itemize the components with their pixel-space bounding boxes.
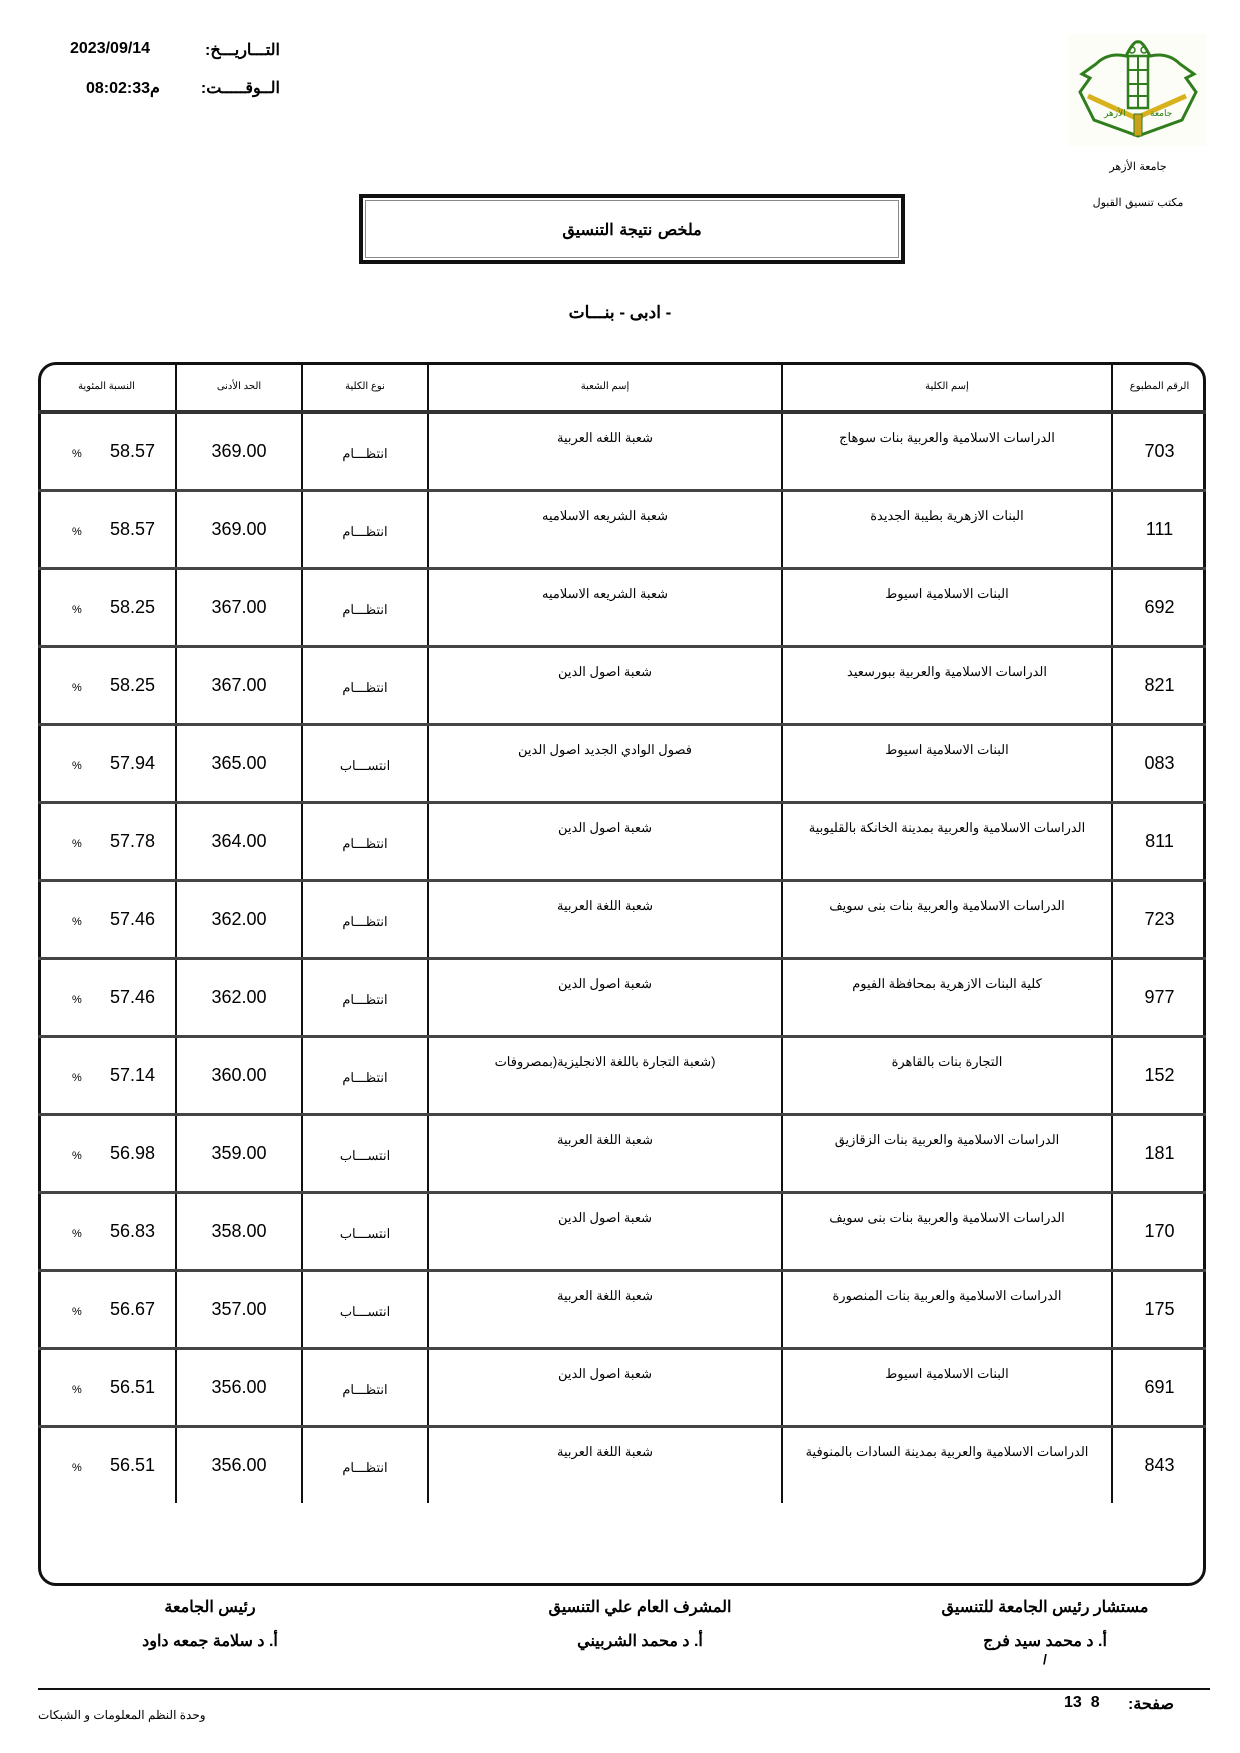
college-type: انتظـــام <box>303 992 427 1008</box>
cell-code: 703 <box>1112 412 1206 491</box>
code-value: 175 <box>1113 1299 1206 1320</box>
division-name: شعبة الشريعه الاسلاميه <box>429 506 781 526</box>
code-value: 692 <box>1113 597 1206 618</box>
signature-mark: / <box>880 1651 1210 1667</box>
cell-college: التجارة بنات بالقاهرة <box>782 1037 1112 1115</box>
min-score-value: 356.00 <box>177 1455 301 1476</box>
cell-division: شعبة اصول الدين <box>428 1349 782 1427</box>
cell-min-score: 362.00 <box>176 959 302 1037</box>
code-value: 181 <box>1113 1143 1206 1164</box>
table-row: 703الدراسات الاسلامية والعربية بنات سوها… <box>38 412 1206 491</box>
code-value: 083 <box>1113 753 1206 774</box>
percentage-value: 57.14 <box>110 1065 155 1086</box>
cell-min-score: 369.00 <box>176 412 302 491</box>
cell-code: 691 <box>1112 1349 1206 1427</box>
percent-symbol: % <box>72 682 82 694</box>
cell-type: انتظـــام <box>302 881 428 959</box>
time-label: الــوقـــــت: <box>201 78 280 98</box>
min-score-value: 359.00 <box>177 1143 301 1164</box>
office-name: مكتب تنسيق القبول <box>1038 196 1238 209</box>
table-row: 175الدراسات الاسلامية والعربية بنات المن… <box>38 1271 1206 1349</box>
percent-symbol: % <box>72 760 82 772</box>
min-score-value: 365.00 <box>177 753 301 774</box>
cell-division: شعبة الشريعه الاسلاميه <box>428 569 782 647</box>
college-type: انتســـاب <box>303 1148 427 1164</box>
cell-percentage: %57.14 <box>38 1037 176 1115</box>
cell-college: الدراسات الاسلامية والعربية بنات بنى سوي… <box>782 1193 1112 1271</box>
cell-percentage: %58.57 <box>38 412 176 491</box>
date-label: التـــاريـــخ: <box>205 40 280 60</box>
college-name: الدراسات الاسلامية والعربية بمدينة الخان… <box>783 818 1111 838</box>
cell-division: شعبة الشريعه الاسلاميه <box>428 491 782 569</box>
cell-college: الدراسات الاسلامية والعربية بنات المنصور… <box>782 1271 1112 1349</box>
division-name: شعبة الشريعه الاسلاميه <box>429 584 781 604</box>
table-row: 691البنات الاسلامية اسيوطشعبة اصول الدين… <box>38 1349 1206 1427</box>
svg-text:الأزهر: الأزهر <box>1103 107 1126 119</box>
percent-symbol: % <box>72 1306 82 1318</box>
percentage-value: 58.25 <box>110 675 155 696</box>
code-value: 152 <box>1113 1065 1206 1086</box>
col-header-college: إسم الكلية <box>782 362 1112 412</box>
cell-min-score: 357.00 <box>176 1271 302 1349</box>
cell-type: انتظـــام <box>302 803 428 881</box>
cell-min-score: 369.00 <box>176 491 302 569</box>
percentage-value: 57.46 <box>110 909 155 930</box>
division-name: شعبة اصول الدين <box>429 818 781 838</box>
division-name: شعبة اصول الدين <box>429 662 781 682</box>
code-value: 691 <box>1113 1377 1206 1398</box>
cell-min-score: 358.00 <box>176 1193 302 1271</box>
signature-role: رئيس الجامعة <box>100 1597 320 1617</box>
cell-code: 175 <box>1112 1271 1206 1349</box>
percent-symbol: % <box>72 994 82 1006</box>
cell-division: فصول الوادي الجديد اصول الدين <box>428 725 782 803</box>
table-row: 977كلية البنات الازهرية بمحافظة الفيومشع… <box>38 959 1206 1037</box>
code-value: 703 <box>1113 441 1206 462</box>
cell-percentage: %56.51 <box>38 1427 176 1504</box>
col-header-min-score: الحد الأدنى <box>176 362 302 412</box>
cell-min-score: 362.00 <box>176 881 302 959</box>
cell-division: شعبة اصول الدين <box>428 959 782 1037</box>
cell-type: انتظـــام <box>302 491 428 569</box>
time-value: 08:02:33م <box>86 78 160 98</box>
cell-type: انتظـــام <box>302 647 428 725</box>
signature-name: أ. د محمد سيد فرج <box>880 1631 1210 1651</box>
cell-type: انتســـاب <box>302 1115 428 1193</box>
cell-college: الدراسات الاسلامية والعربية بمدينة الخان… <box>782 803 1112 881</box>
cell-percentage: %57.46 <box>38 959 176 1037</box>
cell-percentage: %56.98 <box>38 1115 176 1193</box>
cell-type: انتظـــام <box>302 1349 428 1427</box>
percentage-value: 56.51 <box>110 1455 155 1476</box>
college-name: كلية البنات الازهرية بمحافظة الفيوم <box>783 974 1111 994</box>
cell-code: 821 <box>1112 647 1206 725</box>
date-value: 2023/09/14 <box>70 40 150 58</box>
signature-general-supervisor: المشرف العام علي التنسيق أ. د محمد الشرب… <box>480 1597 800 1651</box>
cell-min-score: 364.00 <box>176 803 302 881</box>
cell-min-score: 367.00 <box>176 569 302 647</box>
code-value: 111 <box>1113 519 1206 540</box>
percent-symbol: % <box>72 1150 82 1162</box>
min-score-value: 356.00 <box>177 1377 301 1398</box>
cell-percentage: %56.51 <box>38 1349 176 1427</box>
cell-college: الدراسات الاسلامية والعربية بمدينة الساد… <box>782 1427 1112 1504</box>
cell-min-score: 367.00 <box>176 647 302 725</box>
min-score-value: 367.00 <box>177 675 301 696</box>
cell-college: كلية البنات الازهرية بمحافظة الفيوم <box>782 959 1112 1037</box>
page-current: 8 <box>1091 1694 1100 1711</box>
code-value: 821 <box>1113 675 1206 696</box>
table-row: 811الدراسات الاسلامية والعربية بمدينة ال… <box>38 803 1206 881</box>
college-type: انتظـــام <box>303 446 427 462</box>
college-name: الدراسات الاسلامية والعربية بنات بنى سوي… <box>783 896 1111 916</box>
cell-college: البنات الاسلامية اسيوط <box>782 569 1112 647</box>
cell-code: 811 <box>1112 803 1206 881</box>
cell-college: الدراسات الاسلامية والعربية ببورسعيد <box>782 647 1112 725</box>
college-type: انتســـاب <box>303 1226 427 1242</box>
cell-type: انتظـــام <box>302 1037 428 1115</box>
min-score-value: 360.00 <box>177 1065 301 1086</box>
college-name: الدراسات الاسلامية والعربية بنات المنصور… <box>783 1286 1111 1306</box>
cell-type: انتظـــام <box>302 1427 428 1504</box>
division-name: شعبة اللغة العربية <box>429 896 781 916</box>
cell-code: 181 <box>1112 1115 1206 1193</box>
code-value: 977 <box>1113 987 1206 1008</box>
college-name: البنات الاسلامية اسيوط <box>783 740 1111 760</box>
code-value: 843 <box>1113 1455 1206 1476</box>
table-row: 083البنات الاسلامية اسيوطفصول الوادي الج… <box>38 725 1206 803</box>
col-header-code: الرقم المطبوع <box>1112 362 1206 412</box>
college-name: الدراسات الاسلامية والعربية بنات الزقازي… <box>783 1130 1111 1150</box>
cell-division: شعبة اصول الدين <box>428 803 782 881</box>
college-name: البنات الاسلامية اسيوط <box>783 1364 1111 1384</box>
cell-college: الدراسات الاسلامية والعربية بنات الزقازي… <box>782 1115 1112 1193</box>
cell-percentage: %57.94 <box>38 725 176 803</box>
min-score-value: 357.00 <box>177 1299 301 1320</box>
min-score-value: 358.00 <box>177 1221 301 1242</box>
percent-symbol: % <box>72 604 82 616</box>
table-row: 152التجارة بنات بالقاهرة(شعبة التجارة با… <box>38 1037 1206 1115</box>
college-name: التجارة بنات بالقاهرة <box>783 1052 1111 1072</box>
cell-percentage: %57.46 <box>38 881 176 959</box>
college-type: انتظـــام <box>303 524 427 540</box>
results-table: الرقم المطبوع إسم الكلية إسم الشعبة نوع … <box>38 362 1206 1503</box>
cell-college: الدراسات الاسلامية والعربية بنات سوهاج <box>782 412 1112 491</box>
cell-percentage: %56.83 <box>38 1193 176 1271</box>
division-name: شعبة اللغة العربية <box>429 1130 781 1150</box>
report-title-text: ملخص نتيجة التنسيق <box>562 220 701 239</box>
cell-college: البنات الاسلامية اسيوط <box>782 725 1112 803</box>
min-score-value: 369.00 <box>177 441 301 462</box>
percent-symbol: % <box>72 838 82 850</box>
col-header-type: نوع الكلية <box>302 362 428 412</box>
code-value: 723 <box>1113 909 1206 930</box>
cell-code: 692 <box>1112 569 1206 647</box>
report-title: ملخص نتيجة التنسيق <box>359 194 905 264</box>
page-number: 13 8 <box>1064 1694 1100 1712</box>
signature-role: المشرف العام علي التنسيق <box>480 1597 800 1617</box>
cell-division: شعبة اللغه العربية <box>428 412 782 491</box>
code-value: 811 <box>1113 831 1206 852</box>
svg-text:جامعة: جامعة <box>1150 109 1172 119</box>
cell-min-score: 359.00 <box>176 1115 302 1193</box>
cell-code: 843 <box>1112 1427 1206 1504</box>
date-row: التـــاريـــخ: 2023/09/14 <box>70 40 280 64</box>
college-type: انتظـــام <box>303 836 427 852</box>
percentage-value: 57.78 <box>110 831 155 852</box>
college-type: انتظـــام <box>303 602 427 618</box>
division-name: (شعبة التجارة باللغة الانجليزية(بمصروفات <box>429 1052 781 1072</box>
division-name: شعبة اصول الدين <box>429 1208 781 1228</box>
percentage-value: 57.46 <box>110 987 155 1008</box>
cell-code: 111 <box>1112 491 1206 569</box>
unit-name: وحدة النظم المعلومات و الشبكات <box>38 1708 206 1722</box>
cell-percentage: %58.25 <box>38 569 176 647</box>
min-score-value: 369.00 <box>177 519 301 540</box>
percent-symbol: % <box>72 916 82 928</box>
college-type: انتســـاب <box>303 1304 427 1320</box>
table-row: 843الدراسات الاسلامية والعربية بمدينة ال… <box>38 1427 1206 1504</box>
min-score-value: 362.00 <box>177 909 301 930</box>
cell-type: انتســـاب <box>302 725 428 803</box>
cell-code: 083 <box>1112 725 1206 803</box>
percent-symbol: % <box>72 448 82 460</box>
cell-code: 170 <box>1112 1193 1206 1271</box>
cell-college: البنات الاسلامية اسيوط <box>782 1349 1112 1427</box>
page-label: صفحة: <box>1128 1694 1174 1714</box>
cell-min-score: 356.00 <box>176 1427 302 1504</box>
cell-min-score: 356.00 <box>176 1349 302 1427</box>
percentage-value: 56.51 <box>110 1377 155 1398</box>
footer-divider <box>38 1688 1210 1690</box>
table-header-row: الرقم المطبوع إسم الكلية إسم الشعبة نوع … <box>38 362 1206 412</box>
table-row: 111البنات الازهرية بطيبة الجديدةشعبة الش… <box>38 491 1206 569</box>
percentage-value: 56.83 <box>110 1221 155 1242</box>
cell-college: البنات الازهرية بطيبة الجديدة <box>782 491 1112 569</box>
cell-code: 977 <box>1112 959 1206 1037</box>
min-score-value: 364.00 <box>177 831 301 852</box>
table-row: 723الدراسات الاسلامية والعربية بنات بنى … <box>38 881 1206 959</box>
report-subtitle: - ادبى - بنـــات <box>0 303 1240 323</box>
table-row: 821الدراسات الاسلامية والعربية ببورسعيدش… <box>38 647 1206 725</box>
percent-symbol: % <box>72 1228 82 1240</box>
table-row: 170الدراسات الاسلامية والعربية بنات بنى … <box>38 1193 1206 1271</box>
division-name: شعبة اللغة العربية <box>429 1442 781 1462</box>
min-score-value: 367.00 <box>177 597 301 618</box>
cell-type: انتظـــام <box>302 569 428 647</box>
division-name: شعبة اللغة العربية <box>429 1286 781 1306</box>
signature-name: أ. د سلامة جمعه داود <box>100 1631 320 1651</box>
college-type: انتظـــام <box>303 1460 427 1476</box>
table-row: 692البنات الاسلامية اسيوطشعبة الشريعه ال… <box>38 569 1206 647</box>
cell-code: 723 <box>1112 881 1206 959</box>
cell-division: (شعبة التجارة باللغة الانجليزية(بمصروفات <box>428 1037 782 1115</box>
college-name: الدراسات الاسلامية والعربية بنات بنى سوي… <box>783 1208 1111 1228</box>
college-type: انتســـاب <box>303 758 427 774</box>
signature-university-president: رئيس الجامعة أ. د سلامة جمعه داود <box>100 1597 320 1651</box>
college-type: انتظـــام <box>303 1070 427 1086</box>
college-type: انتظـــام <box>303 1382 427 1398</box>
cell-code: 152 <box>1112 1037 1206 1115</box>
division-name: شعبة اصول الدين <box>429 974 781 994</box>
page-total: 13 <box>1064 1694 1082 1711</box>
college-name: الدراسات الاسلامية والعربية بمدينة الساد… <box>783 1442 1111 1462</box>
cell-percentage: %58.57 <box>38 491 176 569</box>
percent-symbol: % <box>72 1462 82 1474</box>
college-name: البنات الازهرية بطيبة الجديدة <box>783 506 1111 526</box>
division-name: فصول الوادي الجديد اصول الدين <box>429 740 781 760</box>
cell-type: انتســـاب <box>302 1271 428 1349</box>
cell-type: انتظـــام <box>302 959 428 1037</box>
signature-role: مستشار رئيس الجامعة للتنسيق <box>880 1597 1210 1617</box>
percent-symbol: % <box>72 526 82 538</box>
cell-min-score: 365.00 <box>176 725 302 803</box>
cell-min-score: 360.00 <box>176 1037 302 1115</box>
al-azhar-logo-icon: الأزهر جامعة <box>1068 34 1206 146</box>
cell-division: شعبة اللغة العربية <box>428 1115 782 1193</box>
college-name: الدراسات الاسلامية والعربية بنات سوهاج <box>783 428 1111 448</box>
division-name: شعبة اصول الدين <box>429 1364 781 1384</box>
cell-type: انتســـاب <box>302 1193 428 1271</box>
college-name: الدراسات الاسلامية والعربية ببورسعيد <box>783 662 1111 682</box>
division-name: شعبة اللغه العربية <box>429 428 781 448</box>
signature-name: أ. د محمد الشربيني <box>480 1631 800 1651</box>
cell-division: شعبة اللغة العربية <box>428 881 782 959</box>
cell-division: شعبة اللغة العربية <box>428 1427 782 1504</box>
percentage-value: 58.57 <box>110 519 155 540</box>
code-value: 170 <box>1113 1221 1206 1242</box>
org-name: جامعة الأزهر <box>1038 160 1238 173</box>
percent-symbol: % <box>72 1072 82 1084</box>
signature-coordination-advisor: مستشار رئيس الجامعة للتنسيق أ. د محمد سي… <box>880 1597 1210 1667</box>
cell-percentage: %56.67 <box>38 1271 176 1349</box>
cell-type: انتظـــام <box>302 412 428 491</box>
percentage-value: 56.67 <box>110 1299 155 1320</box>
cell-college: الدراسات الاسلامية والعربية بنات بنى سوي… <box>782 881 1112 959</box>
table-row: 181الدراسات الاسلامية والعربية بنات الزق… <box>38 1115 1206 1193</box>
percent-symbol: % <box>72 1384 82 1396</box>
col-header-percentage: النسبة المئوية <box>38 362 176 412</box>
college-type: انتظـــام <box>303 680 427 696</box>
cell-percentage: %58.25 <box>38 647 176 725</box>
cell-division: شعبة اللغة العربية <box>428 1271 782 1349</box>
percentage-value: 58.57 <box>110 441 155 462</box>
percentage-value: 56.98 <box>110 1143 155 1164</box>
cell-percentage: %57.78 <box>38 803 176 881</box>
time-row: الــوقـــــت: 08:02:33م <box>70 78 280 102</box>
col-header-division: إسم الشعبة <box>428 362 782 412</box>
percentage-value: 58.25 <box>110 597 155 618</box>
college-type: انتظـــام <box>303 914 427 930</box>
cell-division: شعبة اصول الدين <box>428 1193 782 1271</box>
min-score-value: 362.00 <box>177 987 301 1008</box>
cell-division: شعبة اصول الدين <box>428 647 782 725</box>
college-name: البنات الاسلامية اسيوط <box>783 584 1111 604</box>
percentage-value: 57.94 <box>110 753 155 774</box>
